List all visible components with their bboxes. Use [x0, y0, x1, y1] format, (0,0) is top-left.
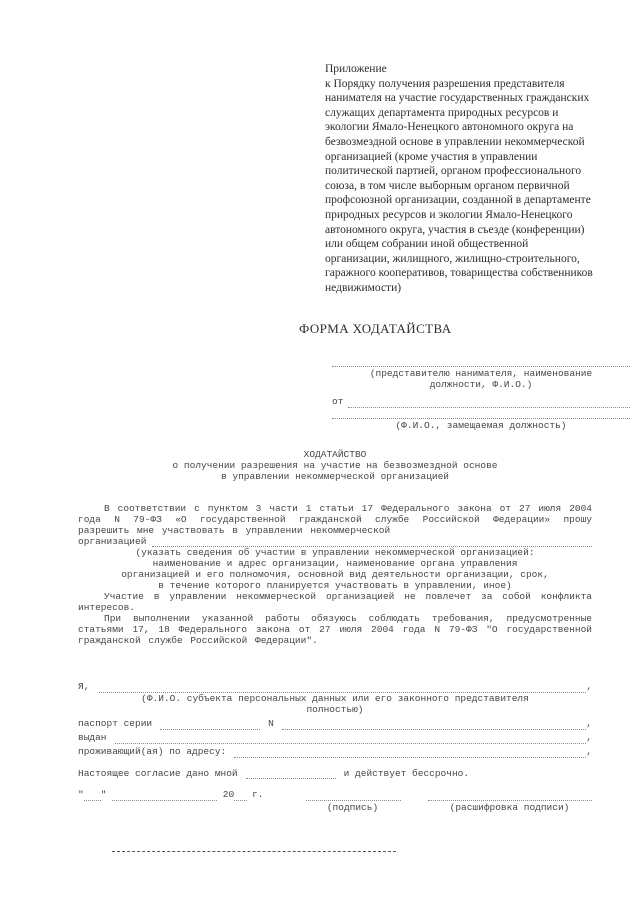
fio-caption-line1: (Ф.И.О. субъекта персональных данных или…: [78, 693, 592, 705]
passport-series-label: паспорт серии: [78, 718, 152, 730]
annex-line: Приложение: [325, 62, 625, 77]
comma: ,: [586, 746, 592, 758]
annex-line: автономного округа, участия в съезде (ко…: [325, 223, 625, 238]
organization-fill-row: организацией: [78, 536, 592, 547]
annex-line: профсоюзной организации, созданной в деп…: [325, 193, 625, 208]
annex-line: служащих департамента природных ресурсов…: [325, 106, 625, 121]
fio-fill-line: [99, 684, 586, 693]
annex-line: политической партией, органом профессион…: [325, 164, 625, 179]
addressee-fill-line: [332, 360, 630, 367]
year-prefix: 20: [223, 789, 234, 801]
consent-date-fill-line: [246, 770, 336, 779]
paragraph-no-conflict: Участие в управлении некоммерческой орга…: [78, 591, 592, 613]
year-suffix: г.: [252, 789, 263, 801]
addressee-block: (представителю нанимателя, наименование …: [332, 360, 630, 431]
issued-row: выдан ,: [78, 732, 592, 744]
annex-line: организацией (кроме участия в управлении: [325, 150, 625, 165]
month-fill-line: [112, 792, 217, 801]
spacer: [78, 758, 592, 768]
spacer: [78, 802, 305, 814]
note-line: наименование и адрес организации, наимен…: [78, 558, 592, 569]
from-fill-line: [348, 399, 630, 408]
spacer: [400, 802, 427, 814]
petition-subtitle-line2: в управлении некоммерческой организацией: [78, 471, 592, 482]
consent-prefix: Настоящее согласие дано мной: [78, 768, 238, 780]
note-line: в течение которого планируется участвова…: [78, 580, 592, 591]
passport-row: паспорт серии N ,: [78, 718, 592, 730]
signature-name-caption: (расшифровка подписи): [427, 802, 592, 814]
note-line: (указать сведения об участии в управлени…: [78, 547, 592, 558]
signature-fill-line: [306, 792, 401, 801]
comma: ,: [586, 718, 592, 730]
address-fill-line: [234, 749, 586, 758]
addressee-caption-line2: должности, Ф.И.О.): [332, 380, 630, 391]
addressee-caption-line1: (представителю нанимателя, наименование: [332, 369, 630, 380]
fio-caption-line2: полностью): [78, 704, 592, 716]
addressee-fill-line2: [332, 408, 630, 419]
annex-line: природных ресурсов и экологии Ямало-Нене…: [325, 208, 625, 223]
annex-header: Приложение к Порядку получения разрешени…: [325, 62, 625, 296]
fio-row: Я, ,: [78, 681, 592, 693]
paragraph-obligation: При выполнении указанной работы обязуюсь…: [78, 613, 592, 646]
issued-label: выдан: [78, 732, 107, 744]
annex-line: союза, в том числе выборным органом перв…: [325, 179, 625, 194]
signature-name-fill-line: [428, 792, 592, 801]
petition-title: ХОДАТАЙСТВО: [78, 449, 592, 460]
form-title: ФОРМА ХОДАТАЙСТВА: [299, 321, 452, 337]
passport-series-fill-line: [160, 721, 260, 730]
paragraph-legal-basis: В соответствии с пунктом 3 части 1 стать…: [78, 503, 592, 536]
petition-subtitle-line1: о получении разрешения на участие на без…: [78, 460, 592, 471]
annex-line: недвижимости): [325, 281, 625, 296]
address-label: проживающий(ая) по адресу:: [78, 746, 226, 758]
signature-caption: (подпись): [305, 802, 400, 814]
passport-number-fill-line: [282, 721, 586, 730]
organization-fill-line: [152, 538, 592, 547]
annex-line: безвозмездной основе в управлении некомм…: [325, 135, 625, 150]
page-cut-separator-line: [112, 851, 396, 852]
annex-line: нанимателя на участие государственных гр…: [325, 91, 625, 106]
organization-fill-label: организацией: [78, 536, 146, 547]
body-text: В соответствии с пунктом 3 части 1 стать…: [78, 503, 592, 646]
annex-line: гаражного кооперативов, товарищества соб…: [325, 266, 625, 281]
document-page: Приложение к Порядку получения разрешени…: [0, 0, 640, 905]
consent-duration-row: Настоящее согласие дано мной и действует…: [78, 768, 592, 780]
comma: ,: [586, 681, 592, 693]
note-line: организацией и его полномочия, основной …: [78, 569, 592, 580]
comma: ,: [586, 732, 592, 744]
quote-close: ": [101, 789, 107, 801]
from-caption: (Ф.И.О., замещаемая должность): [332, 421, 630, 432]
annex-line: экологии Ямало-Ненецкого автономного окр…: [325, 120, 625, 135]
day-fill-line: [84, 792, 101, 801]
spacer: [78, 779, 592, 789]
signature-captions-row: (подпись) (расшифровка подписи): [78, 802, 592, 814]
consent-suffix: и действует бессрочно.: [344, 768, 469, 780]
from-label: от: [332, 397, 343, 408]
i-label: Я,: [78, 681, 89, 693]
petition-heading: ХОДАТАЙСТВО о получении разрешения на уч…: [78, 449, 592, 482]
address-row: проживающий(ая) по адресу: ,: [78, 746, 592, 758]
issued-fill-line: [115, 735, 587, 744]
annex-line: организации, жилищного, жилищно-строител…: [325, 252, 625, 267]
year-fill-line: [234, 792, 247, 801]
from-row: от: [332, 397, 630, 408]
date-signature-row: " " 20 г.: [78, 789, 592, 801]
annex-line: или общем собрании иной общественной: [325, 237, 625, 252]
passport-number-label: N: [268, 718, 274, 730]
annex-line: к Порядку получения разрешения представи…: [325, 77, 625, 92]
consent-section: Я, , (Ф.И.О. субъекта персональных данны…: [78, 681, 592, 813]
